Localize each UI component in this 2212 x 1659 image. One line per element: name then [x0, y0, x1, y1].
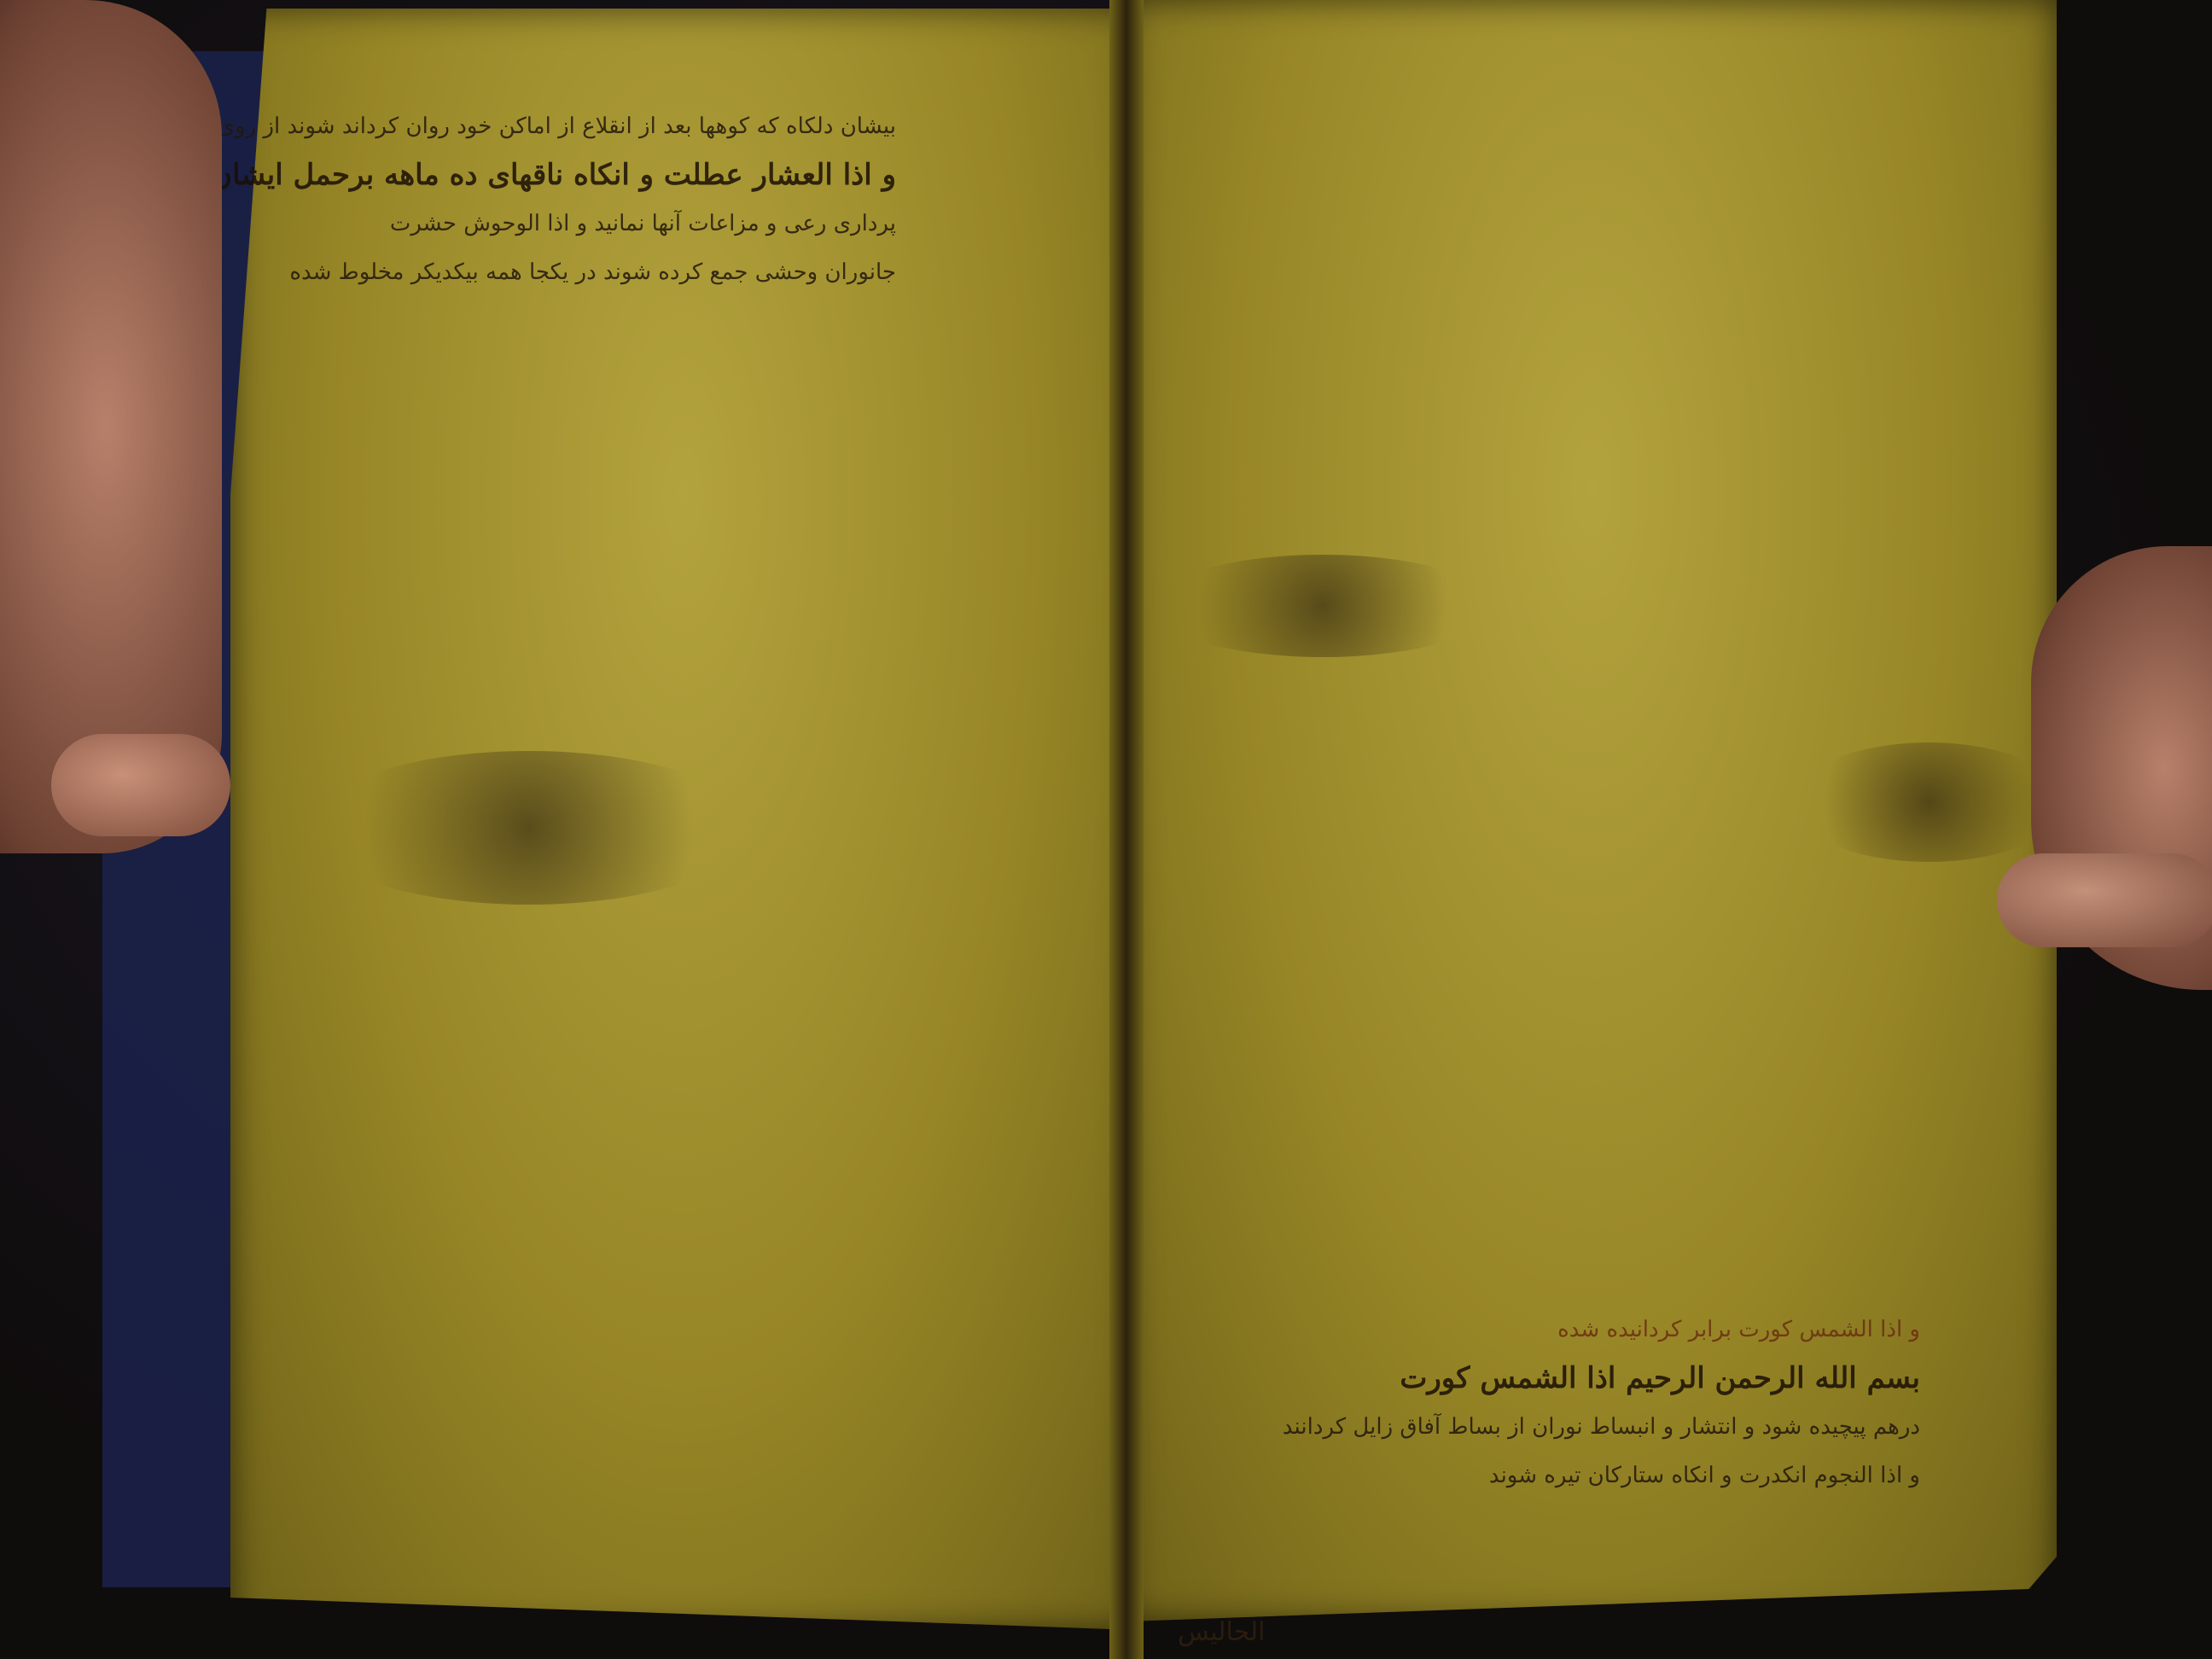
manuscript-line: بیشان دلکاه که کوهها بعد از انقلاع از ام…: [162, 102, 896, 151]
manuscript-line: و اذا الشمس کورت برابر کردانیده شده: [1126, 1306, 1920, 1354]
left-page-text: بیشان دلکاه که کوهها بعد از انقلاع از ام…: [162, 102, 896, 297]
manuscript-line: پرداری رعی و مزاعات آنها نمانید و اذا ال…: [162, 200, 896, 248]
ink-stain: [1792, 742, 2065, 862]
manuscript-line: جانوران وحشی جمع کرده شوند در یکجا همه ب…: [162, 248, 896, 297]
surah-heading: بسم الله الرحمن الرحیم اذا الشمس کورت: [1126, 1354, 1920, 1403]
left-thumb: [51, 734, 230, 836]
ink-stain: [307, 751, 751, 905]
right-thumb: [1997, 853, 2212, 947]
ink-stain: [1152, 555, 1493, 657]
right-page-text: و اذا الشمس کورت برابر کردانیده شده بسم …: [1126, 1306, 1920, 1500]
manuscript-line: درهم پیچیده شود و انتشار و انبساط نوران …: [1126, 1403, 1920, 1452]
manuscript-line: و اذا العشار عطلت و انکاه ناقهای ده ماهه…: [162, 151, 896, 200]
left-hand: [0, 0, 222, 853]
catchword: الحالیس: [1178, 1617, 1265, 1647]
manuscript-line: و اذا النجوم انکدرت و انکاه ستارکان تیره…: [1126, 1452, 1920, 1500]
